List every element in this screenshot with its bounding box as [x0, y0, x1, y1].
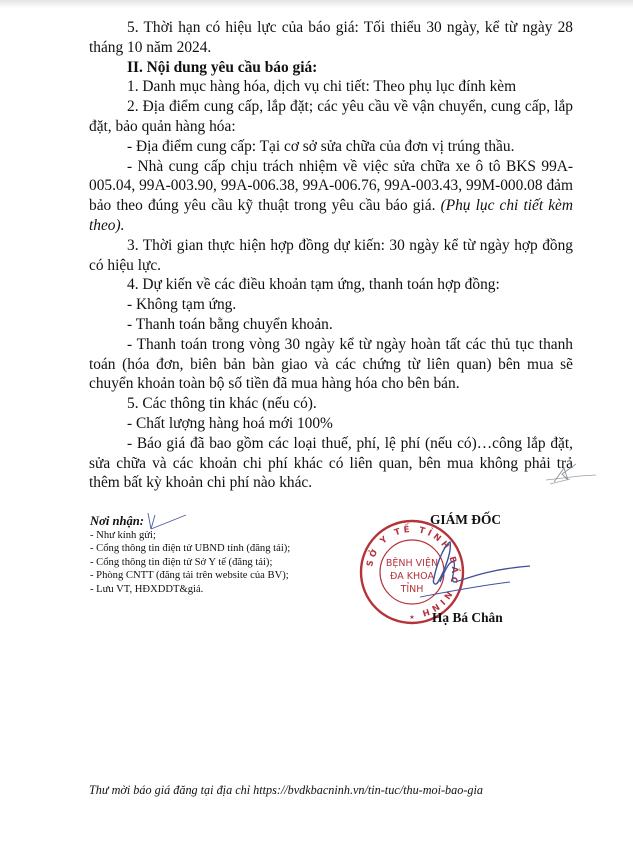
recipient-item: - Lưu VT, HĐXDDT&giá.	[90, 583, 290, 596]
recipient-item: - Cổng thông tin điện tử Sở Y tế (đăng t…	[90, 556, 290, 569]
paragraph-price-inclusion: - Báo giá đã bao gồm các loại thuế, phí,…	[89, 434, 573, 493]
paragraph-bank-transfer: - Thanh toán bằng chuyển khoản.	[89, 315, 573, 335]
paragraph-goods-list: 1. Danh mục hàng hóa, dịch vụ chi tiết: …	[89, 77, 573, 97]
paragraph-supplier-responsibility: - Nhà cung cấp chịu trách nhiệm về việc …	[89, 157, 573, 236]
paragraph-other-info: 5. Các thông tin khác (nếu có).	[89, 394, 573, 414]
svg-text:★: ★	[409, 614, 414, 621]
initial-signature-icon	[540, 460, 600, 486]
paragraph-no-advance: - Không tạm ứng.	[89, 295, 573, 315]
recipient-initial-icon	[142, 509, 192, 533]
paragraph-payment-terms: 4. Dự kiến về các điều khoản tạm ứng, th…	[89, 275, 573, 295]
footer-note: Thư mời báo giá đăng tại địa chỉ https:/…	[89, 783, 483, 798]
paragraph-contract-duration: 3. Thời gian thực hiện hợp đồng dự kiến:…	[89, 236, 573, 276]
director-signature-icon	[420, 538, 540, 608]
paragraph-supply-location: - Địa điểm cung cấp: Tại cơ sở sửa chữa …	[89, 137, 573, 157]
paragraph-validity: 5. Thời hạn có hiệu lực của báo giá: Tối…	[89, 18, 573, 58]
section-heading-ii: II. Nội dung yêu cầu báo giá:	[89, 58, 573, 78]
paragraph-quality: - Chất lượng hàng hoá mới 100%	[89, 414, 573, 434]
director-name: Hạ Bá Chân	[432, 610, 503, 626]
recipient-item: - Cổng thông tin điện tử UBND tỉnh (đăng…	[90, 542, 290, 555]
document-page: 5. Thời hạn có hiệu lực của báo giá: Tối…	[0, 0, 633, 855]
paragraph-payment-deadline: - Thanh toán trong vòng 30 ngày kể từ ng…	[89, 335, 573, 394]
document-body: 5. Thời hạn có hiệu lực của báo giá: Tối…	[89, 18, 573, 493]
recipient-item: - Phòng CNTT (đăng tải trên website của …	[90, 569, 290, 582]
paragraph-delivery-location: 2. Địa điểm cung cấp, lắp đặt; các yêu c…	[89, 97, 573, 137]
